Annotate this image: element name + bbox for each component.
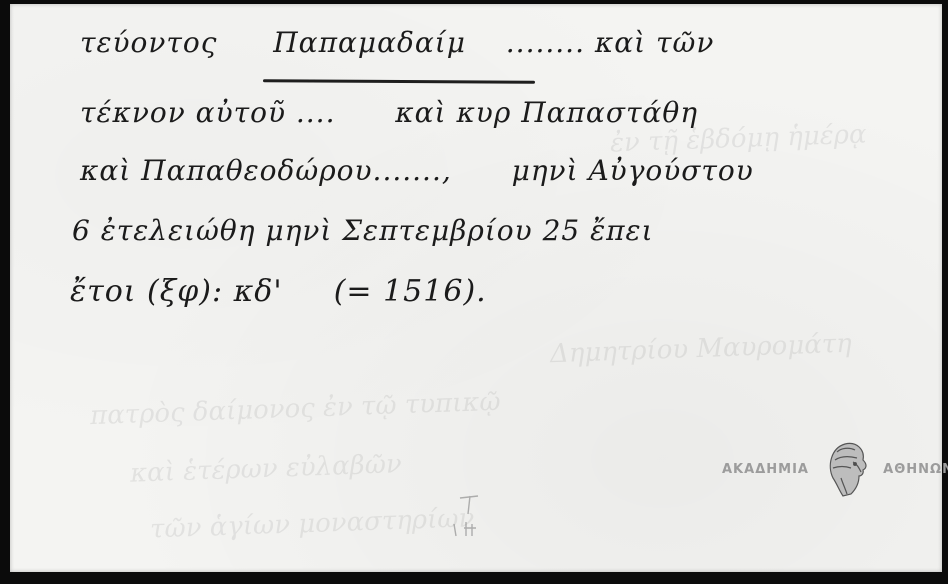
- handwritten-line-5: ἔτοι (ξφ): κδ' (= 1516).: [70, 274, 487, 309]
- handwritten-line-1: τεύοντος Παπαμαδαίμ ........ καὶ τῶν: [80, 26, 714, 59]
- line-text: τέκνον αὐτοῦ ....: [80, 96, 335, 129]
- line-text: μηνὶ Αὐγούστου: [512, 154, 754, 187]
- bleed-through-text: τῶν ἁγίων μοναστηρίων: [150, 503, 475, 544]
- line-text: ἔτοι (ξφ): κδ': [70, 274, 283, 309]
- year-annotation: (= 1516).: [334, 274, 487, 309]
- faint-stamp-mark: [450, 488, 490, 540]
- underlined-name: Παπαμαδαίμ: [273, 26, 466, 59]
- handwritten-line-2: τέκνον αὐτοῦ .... καὶ κυρ Παπαστάθη: [80, 96, 698, 129]
- academy-of-athens-watermark: ΑΚΑΔΗΜΙΑ ΑΘΗΝΩΝ: [722, 434, 948, 504]
- line-text: 6 ἐτελειώθη μηνὶ Σεπτεμβρίου 25 ἔπει: [72, 214, 654, 247]
- line-text: καὶ Παπαθεοδώρου.......,: [80, 154, 452, 187]
- watermark-left-text: ΑΚΑΔΗΜΙΑ: [722, 462, 809, 477]
- line-text: ........ καὶ τῶν: [506, 26, 715, 59]
- bleed-through-text: Δημητρίου Μαυρομάτη: [550, 329, 853, 370]
- line-text: καὶ κυρ Παπαστάθη: [395, 96, 698, 129]
- athena-head-icon: [823, 438, 869, 500]
- bleed-through-text: καὶ ἑτέρων εὐλαβῶν: [130, 449, 403, 488]
- name-underline: [263, 79, 535, 83]
- index-card: ἐν τῇ ἑβδόμῃ ἡμέρᾳ Δημητρίου Μαυρομάτη π…: [10, 4, 942, 572]
- bleed-through-text: πατρὸς δαίμονος ἐν τῷ τυπικῷ: [90, 387, 501, 431]
- line-text: τεύοντος: [80, 26, 217, 59]
- handwritten-line-3: καὶ Παπαθεοδώρου......., μηνὶ Αὐγούστου: [80, 154, 754, 187]
- watermark-right-text: ΑΘΗΝΩΝ: [883, 462, 948, 477]
- handwritten-line-4: 6 ἐτελειώθη μηνὶ Σεπτεμβρίου 25 ἔπει: [72, 214, 654, 247]
